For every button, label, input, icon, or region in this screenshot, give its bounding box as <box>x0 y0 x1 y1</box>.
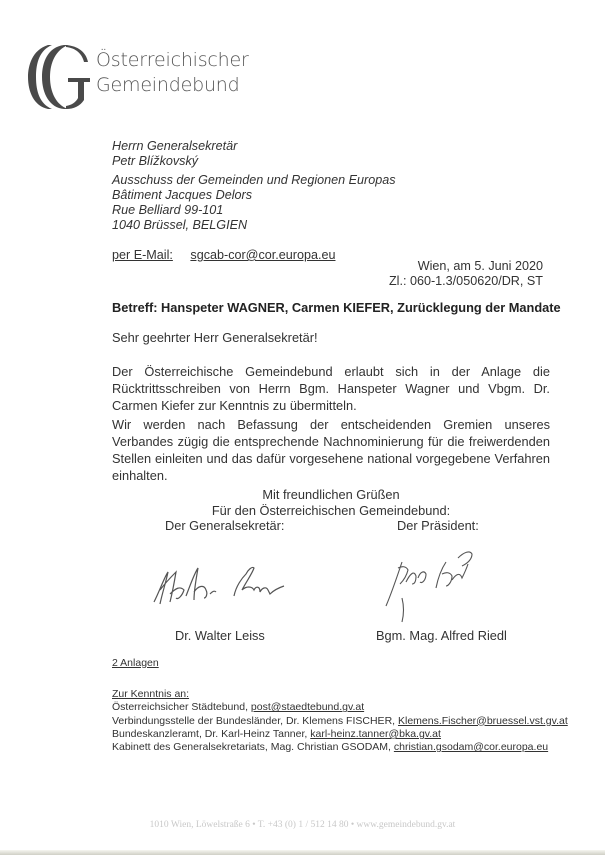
signatory-role-secretary: Der Generalsekretär: <box>165 518 284 533</box>
closing-organization: Für den Österreichischen Gemeindebund: <box>112 503 550 518</box>
cc-entry: Bundeskanzleramt, Dr. Karl-Heinz Tanner,… <box>112 728 568 741</box>
salutation: Sehr geehrter Herr Generalsekretär! <box>112 330 318 345</box>
cc-email-link[interactable]: Klemens.Fischer@bruessel.vst.gv.at <box>398 715 568 727</box>
cc-list: Zur Kenntnis an: Österreichsicher Städte… <box>112 688 568 754</box>
organization-name: Österreichischer Gemeindebund <box>96 48 249 98</box>
cc-email-link[interactable]: christian.gsodam@cor.europa.eu <box>394 741 548 753</box>
cc-recipient: Kabinett des Generalsekretariats, Mag. C… <box>112 741 394 753</box>
recipient-building: Bâtiment Jacques Delors <box>112 188 252 203</box>
cc-recipient: Verbindungsstelle der Bundesländer, Dr. … <box>112 715 398 727</box>
org-name-line1: Österreichischer <box>96 48 249 73</box>
recipient-city: 1040 Brüssel, BELGIEN <box>112 218 247 233</box>
body-paragraph-2: Wir werden nach Befassung der entscheide… <box>112 416 550 484</box>
recipient-street: Rue Belliard 99-101 <box>112 203 223 218</box>
cc-entry: Österreichsicher Städtebund, post@staedt… <box>112 701 568 714</box>
recipient-name: Petr Blížkovský <box>112 154 198 169</box>
signatory-name-president: Bgm. Mag. Alfred Riedl <box>376 628 507 643</box>
signatory-name-secretary: Dr. Walter Leiss <box>175 628 265 643</box>
page-edge-shadow <box>0 850 605 855</box>
email-label: per E-Mail: <box>112 248 173 262</box>
cc-recipient: Bundeskanzleramt, Dr. Karl-Heinz Tanner, <box>112 728 310 740</box>
gemeindebund-logo-icon <box>26 42 92 112</box>
cc-heading: Zur Kenntnis an: <box>112 688 568 701</box>
cc-entry: Kabinett des Generalsekretariats, Mag. C… <box>112 741 568 754</box>
closing-greeting: Mit freundlichen Grüßen <box>112 487 550 502</box>
subject-line: Betreff: Hanspeter WAGNER, Carmen KIEFER… <box>112 300 561 315</box>
signature-walter-leiss-icon <box>150 560 290 610</box>
email-line: per E-Mail: sgcab-cor@cor.europa.eu <box>112 248 336 262</box>
attachments-note: 2 Anlagen <box>112 657 159 669</box>
cc-entry: Verbindungsstelle der Bundesländer, Dr. … <box>112 715 568 728</box>
signature-alfred-riedl-icon <box>372 548 482 626</box>
cc-recipient: Österreichsicher Städtebund, <box>112 701 251 713</box>
reference-number: Zl.: 060-1.3/050620/DR, ST <box>389 274 543 288</box>
cc-email-link[interactable]: karl-heinz.tanner@bka.gv.at <box>310 728 441 740</box>
org-name-line2: Gemeindebund <box>96 73 249 98</box>
recipient-organization: Ausschuss der Gemeinden und Regionen Eur… <box>112 173 396 188</box>
recipient-title: Herrn Generalsekretär <box>112 139 237 154</box>
signatory-role-president: Der Präsident: <box>397 518 479 533</box>
letterhead-footer: 1010 Wien, Löwelstraße 6 • T. +43 (0) 1 … <box>0 820 605 830</box>
cc-email-link[interactable]: post@staedtebund.gv.at <box>251 701 364 713</box>
body-paragraph-1: Der Österreichische Gemeindebund erlaubt… <box>112 363 550 414</box>
letter-date: Wien, am 5. Juni 2020 <box>418 259 543 273</box>
recipient-email-link[interactable]: sgcab-cor@cor.europa.eu <box>190 248 335 262</box>
